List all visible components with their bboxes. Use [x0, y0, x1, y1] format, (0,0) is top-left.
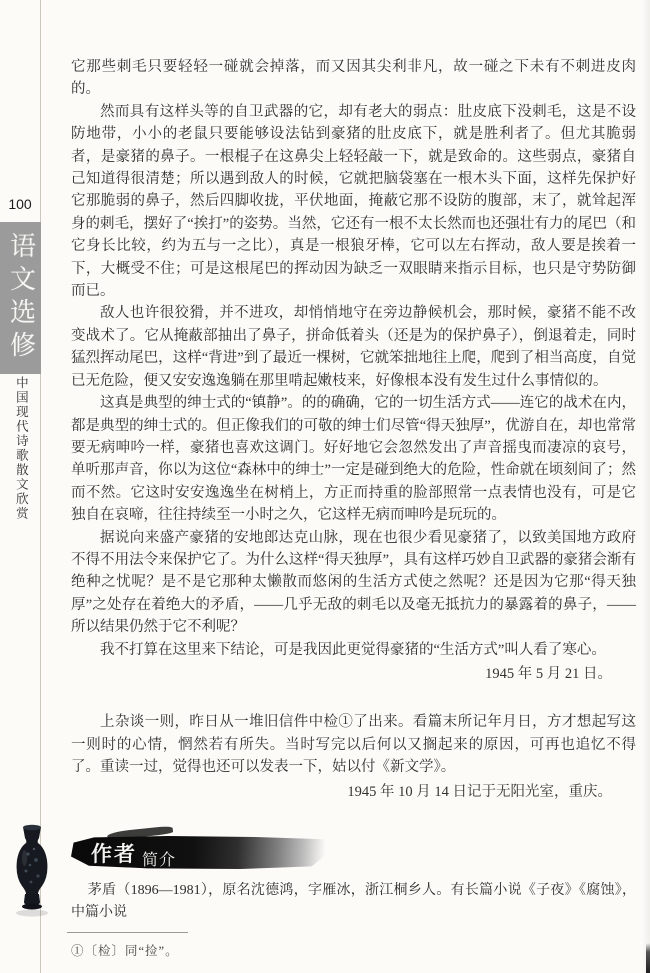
- author-banner-title: 作者: [91, 838, 137, 868]
- series-title-vertical: 语文选修: [8, 232, 34, 364]
- author-intro-banner: 作者 简介: [71, 836, 327, 869]
- page-corner-mark: [646, 943, 650, 973]
- vase-image: [11, 824, 53, 918]
- footnote-divider: [67, 932, 188, 933]
- body-paragraph: 我不打算在这里来下结论，可是我因此更觉得豪猪的“生活方式”叫人看了寒心。: [71, 639, 636, 661]
- author-banner-subtitle: 简介: [142, 847, 176, 870]
- page-number: 100: [0, 196, 40, 212]
- footnote-text: ①〔检〕同“捡”。: [71, 941, 636, 959]
- body-paragraph: 它那些刺毛只要轻轻一碰就会掉落，而又因其尖利非凡，故一碰之下未有不刺进皮肉的。: [71, 56, 636, 101]
- body-paragraph: 然而具有这样头等的自卫武器的它，却有老大的弱点：肚皮底下没刺毛，这是不设防地带，…: [71, 101, 636, 303]
- postscript-paragraph: 上杂谈一则，昨日从一堆旧信件中检①了出来。看篇末所记年月日，方才想起写这一则时的…: [71, 711, 636, 778]
- author-bio-text: 茅盾（1896—1981），原名沈德鸿，字雁冰，浙江桐乡人。有长篇小说《子夜》《…: [71, 880, 636, 925]
- page-edge-shade: [642, 0, 650, 973]
- body-paragraph: 据说向来盛产豪猪的安地郎达克山脉，现在也很少看见豪猪了，以致美国地方政府不得不用…: [71, 527, 636, 639]
- series-banner: 语文选修: [0, 222, 41, 374]
- date-line: 1945 年 10 月 14 日记于无阳光室，重庆。: [71, 781, 636, 803]
- date-line: 1945 年 5 月 21 日。: [71, 663, 636, 685]
- series-caption: 中国现代诗歌散文欣赏: [0, 376, 41, 528]
- series-caption-text: 中国现代诗歌散文欣赏: [14, 376, 28, 528]
- body-paragraph: 这真是典型的绅士式的“镇静”。的的确确，它的一切生活方式——连它的战术在内，都是…: [71, 392, 636, 526]
- textbook-page: 100 语文选修 中国现代诗歌散文欣赏 它那些刺毛只要轻轻一碰就会掉落，而又因其…: [0, 0, 650, 973]
- main-text-column: 它那些刺毛只要轻轻一碰就会掉落，而又因其尖利非凡，故一碰之下未有不刺进皮肉的。 …: [71, 0, 636, 959]
- body-paragraph: 敌人也许很狡猾，并不进攻，却悄悄地守在旁边静候机会，那时候，豪猪不能不改变战术了…: [71, 302, 636, 392]
